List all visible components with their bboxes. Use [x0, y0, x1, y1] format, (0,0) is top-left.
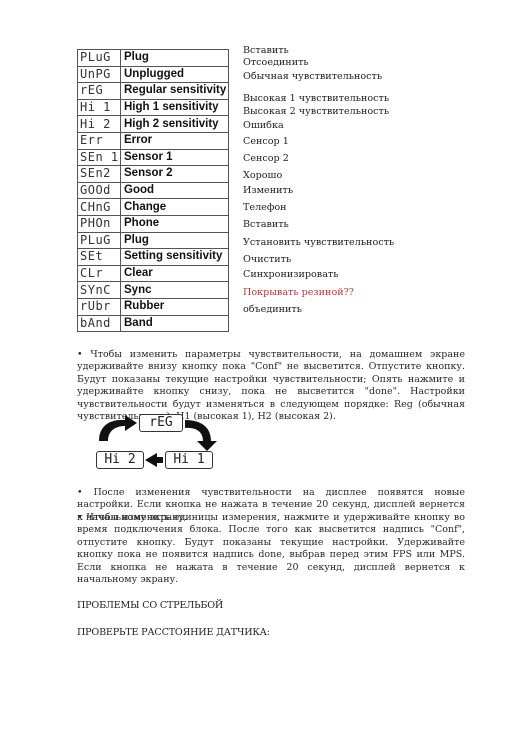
translation-text: Сенсор 2	[243, 153, 289, 165]
paragraph-text: • Чтобы изменить единицы измерения, нажм…	[77, 512, 465, 586]
lcd-code-cell: bAnd	[78, 315, 121, 332]
translation-text: Вставить	[243, 219, 289, 231]
table-row: rUbrRubber	[78, 298, 229, 315]
heading-shooting-problems: ПРОБЛЕМЫ СО СТРЕЛЬБОЙ	[77, 600, 223, 611]
label-cell: Band	[121, 315, 229, 332]
table-row: Hi 2High 2 sensitivity	[78, 116, 229, 133]
table-row: ErrError	[78, 132, 229, 149]
lcd-code-cell: PLuG	[78, 50, 121, 67]
label-cell: Sync	[121, 282, 229, 299]
paragraph-units-instructions: • Чтобы изменить единицы измерения, нажм…	[77, 512, 465, 586]
label-cell: Error	[121, 132, 229, 149]
lcd-code-cell: CHnG	[78, 199, 121, 216]
table-row: rEGRegular sensitivity	[78, 83, 229, 100]
label-cell: Unplugged	[121, 66, 229, 83]
translation-text: Изменить	[243, 185, 293, 197]
lcd-code-cell: SEt	[78, 249, 121, 266]
label-cell: Phone	[121, 215, 229, 232]
label-cell: Sensor 1	[121, 149, 229, 166]
table-row: CHnGChange	[78, 199, 229, 216]
heading-check-sensor-distance: ПРОВЕРЬТЕ РАССТОЯНИЕ ДАТЧИКА:	[77, 627, 270, 638]
lcd-code-cell: GOOd	[78, 182, 121, 199]
table-row: PHOnPhone	[78, 215, 229, 232]
translation-text: Очистить	[243, 254, 291, 266]
lcd-code-cell: Hi 1	[78, 99, 121, 116]
lcd-code-cell: SYnC	[78, 282, 121, 299]
table-row: Hi 1High 1 sensitivity	[78, 99, 229, 116]
table-row: bAndBand	[78, 315, 229, 332]
label-cell: Setting sensitivity	[121, 249, 229, 266]
lcd-code-cell: SEn2	[78, 166, 121, 183]
lcd-display-reg: rEG	[139, 414, 183, 432]
lcd-code-cell: Err	[78, 132, 121, 149]
lcd-code-cell: SEn 1	[78, 149, 121, 166]
translation-text: Отсоединить	[243, 57, 309, 69]
translation-text: Телефон	[243, 202, 287, 214]
label-cell: Change	[121, 199, 229, 216]
table-row: SEn2Sensor 2	[78, 166, 229, 183]
table-row: PLuGPlug	[78, 50, 229, 67]
label-cell: Sensor 2	[121, 166, 229, 183]
table-row: GOOdGood	[78, 182, 229, 199]
translation-text: Ошибка	[243, 120, 284, 132]
label-cell: Plug	[121, 232, 229, 249]
translation-text: Обычная чувствительность	[243, 71, 382, 83]
lcd-code-cell: rUbr	[78, 298, 121, 315]
table-row: CLrClear	[78, 265, 229, 282]
lcd-code-cell: rEG	[78, 83, 121, 100]
translation-text: Покрывать резиной??	[243, 287, 354, 299]
lcd-display-high1: Hi 1	[165, 451, 213, 469]
lcd-code-cell: UnPG	[78, 66, 121, 83]
translation-text: объединить	[243, 304, 302, 316]
table-row: SEn 1Sensor 1	[78, 149, 229, 166]
table-row: UnPGUnplugged	[78, 66, 229, 83]
table-row: SEtSetting sensitivity	[78, 249, 229, 266]
lcd-display-high2: Hi 2	[96, 451, 144, 469]
label-cell: High 2 sensitivity	[121, 116, 229, 133]
translation-text: Хорошо	[243, 170, 282, 182]
translation-text: Установить чувствительность	[243, 237, 394, 249]
label-cell: Plug	[121, 50, 229, 67]
label-cell: Good	[121, 182, 229, 199]
translation-text: Высокая 1 чувствительность	[243, 93, 389, 105]
lcd-code-cell: PLuG	[78, 232, 121, 249]
lcd-code-cell: Hi 2	[78, 116, 121, 133]
lcd-code-cell: CLr	[78, 265, 121, 282]
translation-text: Высокая 2 чувствительность	[243, 106, 389, 118]
display-codes-table: PLuGPlugUnPGUnpluggedrEGRegular sensitiv…	[77, 49, 229, 332]
translation-text: Вставить	[243, 45, 289, 57]
label-cell: High 1 sensitivity	[121, 99, 229, 116]
table-row: PLuGPlug	[78, 232, 229, 249]
lcd-code-cell: PHOn	[78, 215, 121, 232]
label-cell: Clear	[121, 265, 229, 282]
translation-text: Синхронизировать	[243, 269, 338, 281]
label-cell: Regular sensitivity	[121, 83, 229, 100]
sensitivity-cycle-diagram: rEG Hi 1 Hi 2	[93, 413, 218, 471]
label-cell: Rubber	[121, 298, 229, 315]
translation-text: Сенсор 1	[243, 136, 289, 148]
table-row: SYnCSync	[78, 282, 229, 299]
